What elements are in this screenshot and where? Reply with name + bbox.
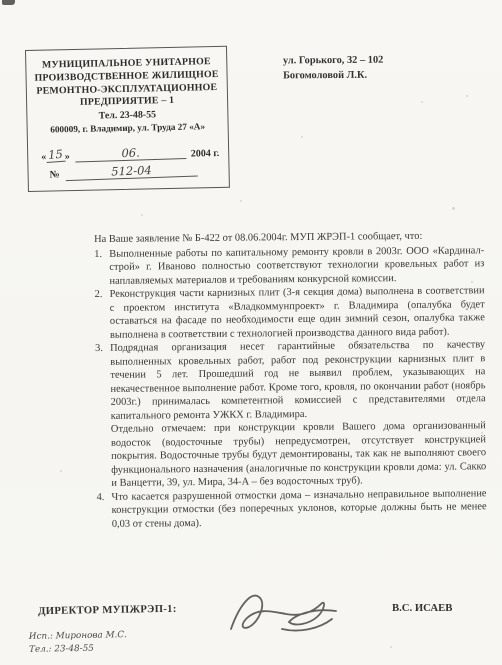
executor-block: Исп.: Миронова М.С. Тел.: 23-48-55: [29, 629, 127, 656]
quote-close: »: [65, 151, 70, 162]
list-item: 4. Что касается разрушенной отмостки дом…: [96, 487, 486, 531]
letter-body: На Ваше заявление № Б-422 от 08.06.2004г…: [94, 229, 487, 531]
scan-speck: [466, 95, 468, 97]
list-item: 2. Реконструкция части карнизных плит (3…: [95, 284, 486, 342]
director-signature: [224, 584, 344, 636]
list-item: 1. Выполненные работы по капитальному ре…: [94, 244, 484, 288]
handwritten-number: 512-04: [111, 163, 152, 178]
number-label: №: [50, 169, 60, 180]
scan-artifact: [2, 0, 15, 5]
recipient-name: Богомоловой Л.К.: [283, 68, 383, 83]
scanned-letter-page: МУНИЦИПАЛЬНОЕ УНИТАРНОЕ ПРОИЗВОДСТВЕННОЕ…: [0, 0, 502, 665]
org-address: 600009, г. Владимир, ул. Труда 27 «А»: [33, 120, 223, 137]
item-number: 1.: [94, 247, 109, 288]
scan-speck: [60, 470, 62, 472]
list-item: 3. Подрядная организация несет гарантийн…: [95, 338, 486, 423]
date-line: « 15 » 06. 2004 г.: [41, 144, 219, 163]
director-title: ДИРЕКТОР МУПЖРЭП-1:: [38, 603, 177, 617]
recipient-block: ул. Горького, 32 – 102 Богомоловой Л.К.: [283, 54, 384, 84]
scan-speck: [301, 136, 303, 138]
item-text: Что касается разрушенной отмостки дома –…: [111, 487, 486, 531]
item-number: 3.: [95, 342, 111, 423]
recipient-address: ул. Горького, 32 – 102: [283, 54, 383, 69]
item-continuation: Отдельно отмечаем: при конструкции кровл…: [111, 419, 487, 490]
handwritten-day: 15: [46, 147, 66, 163]
scan-speck: [452, 207, 455, 210]
item-number: 2.: [95, 288, 111, 342]
executor-name: Исп.: Миронова М.С.: [29, 629, 127, 643]
printed-year: 2004 г.: [191, 148, 220, 160]
letterhead-stamp: МУНИЦИПАЛЬНОЕ УНИТАРНОЕ ПРОИЗВОДСТВЕННОЕ…: [25, 46, 230, 192]
item-number: 4.: [96, 490, 111, 531]
scan-speck: [240, 200, 242, 202]
item-text: Реконструкция части карнизных плит (3-я …: [110, 284, 486, 342]
scan-speck: [421, 101, 423, 103]
item-text: Выполненные работы по капитальному ремон…: [109, 244, 484, 288]
item-text: Подрядная организация несет гарантийные …: [110, 338, 486, 423]
handwritten-month: 06.: [121, 146, 140, 161]
number-line: № 512-04: [49, 163, 197, 181]
scan-speck: [390, 646, 392, 648]
scan-speck: [141, 214, 143, 216]
director-name: В.С. ИСАЕВ: [392, 602, 452, 614]
executor-phone: Тел.: 23-48-55: [29, 642, 127, 656]
